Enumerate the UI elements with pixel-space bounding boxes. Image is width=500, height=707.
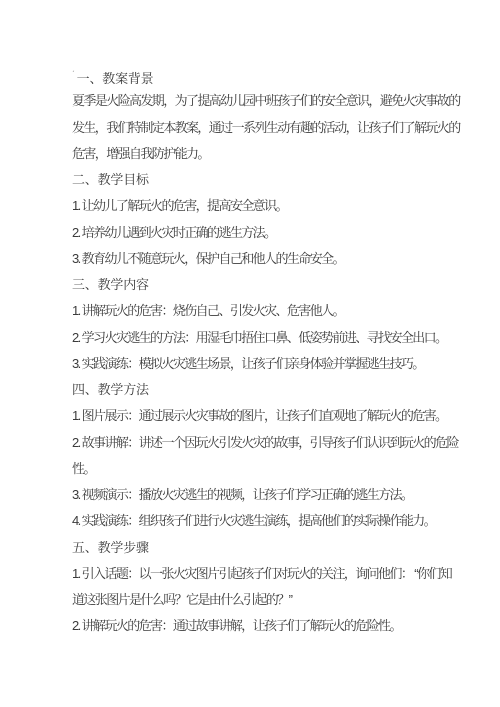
section-heading: 五、教学步骤 [72, 535, 464, 561]
section-heading: 二、教学目标 [72, 167, 464, 193]
text-line: 夏季是火险高发期，为了提高幼儿园中班孩子们的安全意识，避免火灾事故的 [72, 88, 464, 114]
text-line: 道这张图片是什么吗？它是由什么引起的？” [72, 587, 464, 613]
text-line: 性。 [72, 456, 464, 482]
section-heading: ˊ一、教案背景 [72, 62, 464, 88]
text-line: 4. 实践演练：组织孩子们进行火灾逃生演练，提高他们的实际操作能力。 [72, 508, 464, 534]
document-page: ˊ一、教案背景夏季是火险高发期，为了提高幼儿园中班孩子们的安全意识，避免火灾事故… [0, 0, 500, 707]
text-line: 2. 学习火灾逃生的方法：用湿毛巾捂住口鼻、低姿势前进、寻找安全出口。 [72, 325, 464, 351]
text-line: 1. 图片展示：通过展示火灾事故的图片，让孩子们直观地了解玩火的危害。 [72, 403, 464, 429]
document-content: ˊ一、教案背景夏季是火险高发期，为了提高幼儿园中班孩子们的安全意识，避免火灾事故… [72, 62, 464, 640]
text-line: 1. 引入话题：以一张火灾图片引起孩子们对玩火的关注，询问他们： “你们知 [72, 561, 464, 587]
stray-mark-artifact: ˊ [72, 62, 75, 88]
section-heading: 四、教学方法 [72, 377, 464, 403]
text-line: 2. 故事讲解：讲述一个因玩火引发火灾的故事，引导孩子们认识到玩火的危险 [72, 430, 464, 456]
text-line: 2. 讲解玩火的危害：通过故事讲解，让孩子们了解玩火的危险性。 [72, 613, 464, 639]
text-line: 1. 让幼儿了解玩火的危害，提高安全意识。 [72, 193, 464, 219]
text-line: 2. 培养幼儿遇到火灾时正确的逃生方法。 [72, 220, 464, 246]
text-line: 1. 讲解玩火的危害：烧伤自己、引发火灾、危害他人。 [72, 298, 464, 324]
text-line: 3. 实践演练：模拟火灾逃生场景，让孩子们亲身体验并掌握逃生技巧。 [72, 351, 464, 377]
section-heading: 三、教学内容 [72, 272, 464, 298]
text-line: 3. 教育幼儿不随意玩火，保护自己和他人的生命安全。 [72, 246, 464, 272]
text-line: 3. 视频演示：播放火灾逃生的视频，让孩子们学习正确的逃生方法。 [72, 482, 464, 508]
text-line: 发生，我们特制定本教案，通过一系列生动有趣的活动，让孩子们了解玩火的 [72, 115, 464, 141]
text-line: 危害，增强自我防护能力。 [72, 141, 464, 167]
